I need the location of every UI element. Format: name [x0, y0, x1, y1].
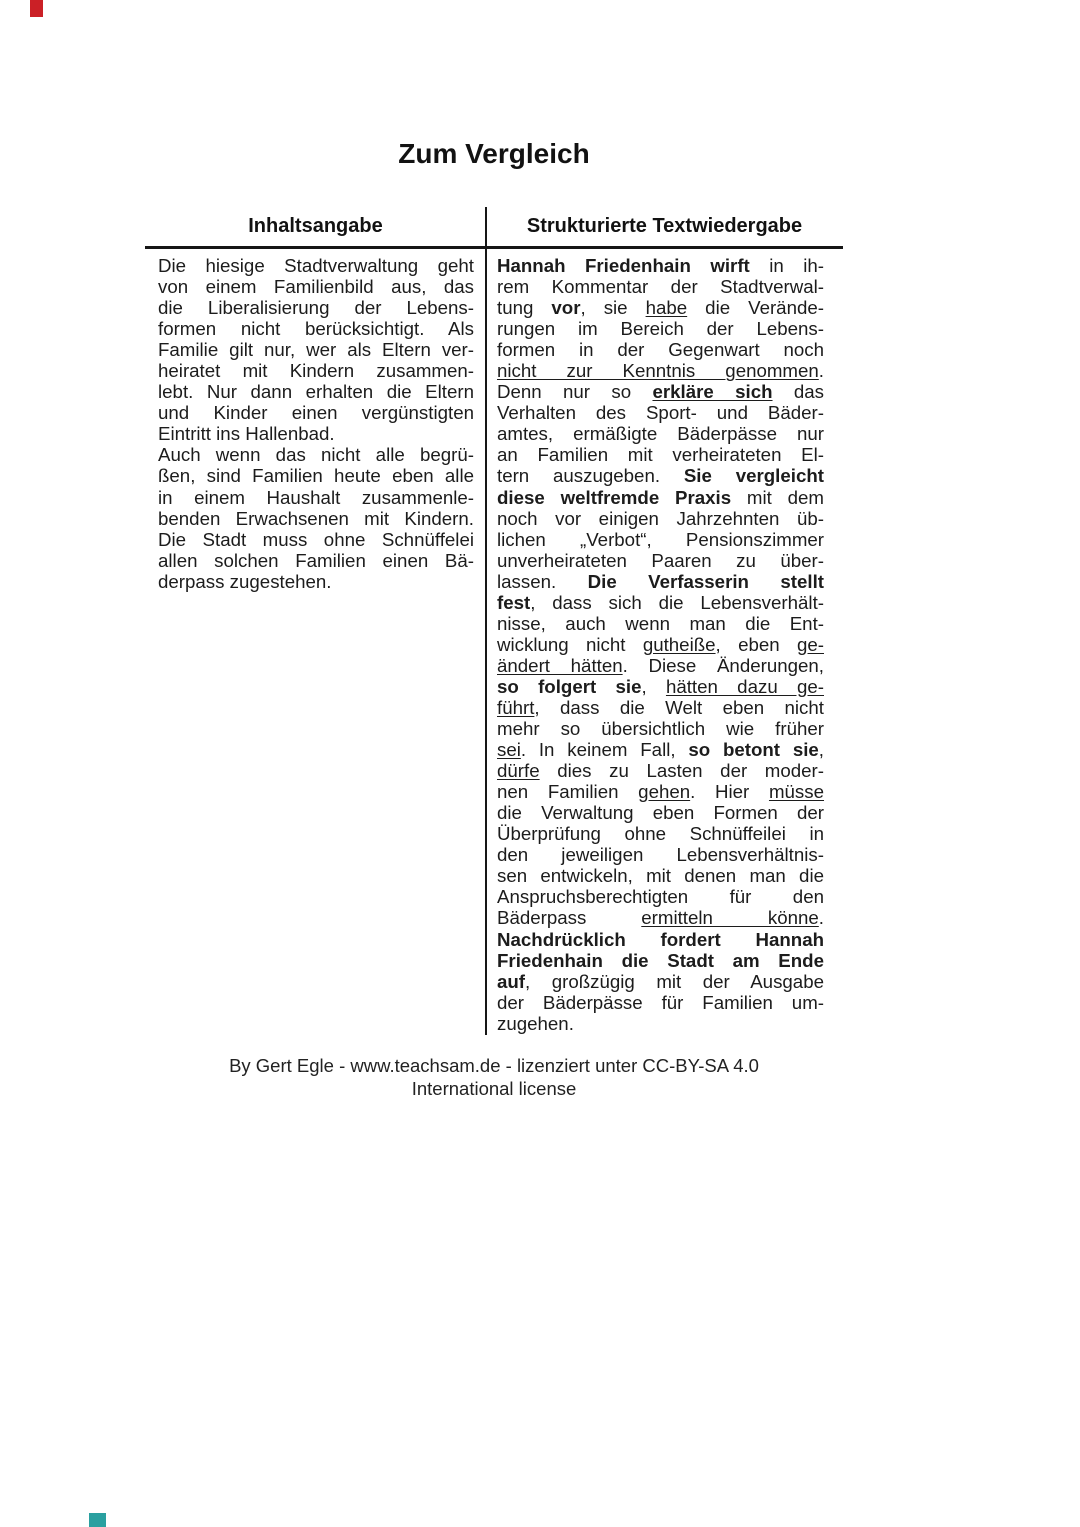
- text-segment: erkläre sich: [652, 381, 772, 402]
- text-line: in einem Haushalt zusammenle-: [158, 487, 474, 508]
- text-line: dürfe dies zu Lasten der moder-: [497, 760, 824, 781]
- text-segment: sei: [497, 739, 521, 760]
- text-segment: diese weltfremde Praxis: [497, 487, 731, 508]
- text-segment: benden Erwachsenen mit Kindern.: [158, 508, 474, 529]
- text-line: auf, großzügig mit der Ausgabe: [497, 971, 824, 992]
- text-segment: allen solchen Familien einen Bä-: [158, 550, 474, 571]
- text-segment: so folgert sie: [497, 676, 641, 697]
- text-segment: ge-: [797, 634, 824, 655]
- text-line: Friedenhain die Stadt am Ende: [497, 950, 824, 971]
- text-line: formen in der Gegenwart noch: [497, 339, 824, 360]
- text-line: diese weltfremde Praxis mit dem: [497, 487, 824, 508]
- text-segment: Familie gilt nur, wer als Eltern ver-: [158, 339, 474, 360]
- text-segment: nicht zur Kenntnis genommen: [497, 360, 819, 381]
- text-segment: sen entwickeln, mit denen man die: [497, 865, 824, 886]
- text-segment: die Liberalisierung der Lebens-: [158, 297, 474, 318]
- text-segment: formen in der Gegenwart noch: [497, 339, 824, 360]
- text-line: sei. In keinem Fall, so betont sie,: [497, 739, 824, 760]
- text-segment: heiratet mit Kindern zusammen-: [158, 360, 474, 381]
- text-segment: , großzügig mit der Ausgabe: [525, 971, 824, 992]
- text-line: der Bäderpässe für Familien um-: [497, 992, 824, 1013]
- text-line: an Familien mit verheirateten El-: [497, 444, 824, 465]
- text-line: die Verwaltung eben Formen der: [497, 802, 824, 823]
- text-segment: Friedenhain die Stadt am Ende: [497, 950, 824, 971]
- text-segment: den jeweiligen Lebensverhältnis-: [497, 844, 824, 865]
- license-line-2: International license: [145, 1077, 843, 1100]
- text-segment: dürfe: [497, 760, 540, 781]
- text-segment: Hannah Friedenhain wirft: [497, 255, 750, 276]
- text-line: Nachdrücklich fordert Hannah: [497, 929, 824, 950]
- text-line: noch vor einigen Jahrzehnten üb-: [497, 508, 824, 529]
- text-line: Bäderpass ermitteln könne.: [497, 907, 824, 928]
- text-segment: Anspruchsberechtigten für den: [497, 886, 824, 907]
- text-segment: an Familien mit verheirateten El-: [497, 444, 824, 465]
- comparison-table: Inhaltsangabe Strukturierte Textwiederga…: [145, 207, 843, 1034]
- text-segment: derpass zugestehen.: [158, 571, 332, 592]
- column-header-strukturierte-textwiedergabe: Strukturierte Textwiedergabe: [486, 215, 843, 237]
- text-line: den jeweiligen Lebensverhältnis-: [497, 844, 824, 865]
- text-segment: führt: [497, 697, 534, 718]
- text-segment: noch vor einigen Jahrzehnten üb-: [497, 508, 824, 529]
- text-segment: lebt. Nur dann erhalten die Eltern: [158, 381, 474, 402]
- text-line: Hannah Friedenhain wirft in ih-: [497, 255, 824, 276]
- text-segment: zugehen.: [497, 1013, 574, 1034]
- text-segment: , eben: [716, 634, 797, 655]
- text-line: und Kinder einen vergünstigten: [158, 402, 474, 423]
- text-segment: in einem Haushalt zusammenle-: [158, 487, 474, 508]
- text-segment: ,: [641, 676, 665, 697]
- text-line: lichen „Verbot“, Pensionszimmer: [497, 529, 824, 550]
- text-segment: gehen: [638, 781, 690, 802]
- text-segment: in ih-: [750, 255, 824, 276]
- text-line: nisse, auch wenn man die Ent-: [497, 613, 824, 634]
- text-line: Überprüfung ohne Schnüffeilei in: [497, 823, 824, 844]
- column-divider: [485, 207, 487, 1035]
- text-segment: amtes, ermäßigte Bäderpässe nur: [497, 423, 824, 444]
- text-segment: das: [773, 381, 824, 402]
- text-line: nicht zur Kenntnis genommen.: [497, 360, 824, 381]
- text-segment: hätten dazu ge-: [666, 676, 824, 697]
- text-line: tung vor, sie habe die Verände-: [497, 297, 824, 318]
- text-line: mehr so übersichtlich wie früher: [497, 718, 824, 739]
- text-segment: Die Stadt muss ohne Schnüffelei: [158, 529, 474, 550]
- text-segment: . Hier: [690, 781, 769, 802]
- text-segment: nisse, auch wenn man die Ent-: [497, 613, 824, 634]
- text-segment: Denn nur so: [497, 381, 652, 402]
- text-line: Verhalten des Sport- und Bäder-: [497, 402, 824, 423]
- text-segment: gutheiße: [643, 634, 716, 655]
- text-line: die Liberalisierung der Lebens-: [158, 297, 474, 318]
- license-line-1: By Gert Egle - www.teachsam.de - lizenzi…: [145, 1054, 843, 1077]
- text-line: sen entwickeln, mit denen man die: [497, 865, 824, 886]
- text-segment: ,: [819, 739, 824, 760]
- text-line: Anspruchsberechtigten für den: [497, 886, 824, 907]
- text-line: zugehen.: [497, 1013, 824, 1034]
- text-segment: tung: [497, 297, 551, 318]
- text-line: fest, dass sich die Lebensverhält-: [497, 592, 824, 613]
- text-line: rem Kommentar der Stadtverwal-: [497, 276, 824, 297]
- text-segment: Verhalten des Sport- und Bäder-: [497, 402, 824, 423]
- text-segment: mehr so übersichtlich wie früher: [497, 718, 824, 739]
- page-title: Zum Vergleich: [145, 138, 843, 170]
- text-segment: . In keinem Fall,: [521, 739, 688, 760]
- text-segment: ändert hätten: [497, 655, 623, 676]
- scan-artifact-teal: [89, 1513, 106, 1527]
- document-page: Zum Vergleich Inhaltsangabe Strukturiert…: [0, 0, 1080, 1527]
- license-footer: By Gert Egle - www.teachsam.de - lizenzi…: [145, 1054, 843, 1100]
- table-body: Die hiesige Stadtverwaltung gehtvon eine…: [145, 249, 843, 1034]
- text-segment: lassen.: [497, 571, 588, 592]
- text-segment: von einem Familienbild aus, das: [158, 276, 474, 297]
- text-segment: .: [819, 360, 824, 381]
- text-segment: die Verwaltung eben Formen der: [497, 802, 824, 823]
- text-line: heiratet mit Kindern zusammen-: [158, 360, 474, 381]
- text-line: führt, dass die Welt eben nicht: [497, 697, 824, 718]
- inhaltsangabe-column: Die hiesige Stadtverwaltung gehtvon eine…: [158, 255, 474, 1034]
- text-line: rungen im Bereich der Lebens-: [497, 318, 824, 339]
- text-segment: die Verände-: [687, 297, 824, 318]
- text-segment: rungen im Bereich der Lebens-: [497, 318, 824, 339]
- text-line: Familie gilt nur, wer als Eltern ver-: [158, 339, 474, 360]
- text-segment: Bäderpass: [497, 907, 641, 928]
- text-segment: fest: [497, 592, 530, 613]
- text-segment: Eintritt ins Hallenbad.: [158, 423, 335, 444]
- column-header-inhaltsangabe: Inhaltsangabe: [145, 215, 486, 237]
- text-segment: Die hiesige Stadtverwaltung geht: [158, 255, 474, 276]
- scan-artifact-red: [30, 0, 43, 17]
- text-segment: ermitteln könne: [641, 907, 819, 928]
- text-segment: lichen „Verbot“, Pensionszimmer: [497, 529, 824, 550]
- text-segment: auf: [497, 971, 525, 992]
- text-segment: habe: [646, 297, 688, 318]
- text-segment: der Bäderpässe für Familien um-: [497, 992, 824, 1013]
- text-line: Eintritt ins Hallenbad.: [158, 423, 474, 444]
- text-segment: , sie: [580, 297, 645, 318]
- text-segment: Überprüfung ohne Schnüffeilei in: [497, 823, 824, 844]
- text-segment: so betont sie: [688, 739, 818, 760]
- text-segment: .: [819, 907, 824, 928]
- text-line: Die Stadt muss ohne Schnüffelei: [158, 529, 474, 550]
- text-line: nen Familien gehen. Hier müsse: [497, 781, 824, 802]
- text-segment: formen nicht berücksichtigt. Als: [158, 318, 474, 339]
- text-segment: nen Familien: [497, 781, 638, 802]
- text-segment: , dass die Welt eben nicht: [534, 697, 824, 718]
- text-segment: unverheirateten Paaren zu über-: [497, 550, 824, 571]
- text-line: ßen, sind Familien heute eben alle: [158, 465, 474, 486]
- text-segment: vor: [551, 297, 580, 318]
- text-segment: müsse: [769, 781, 824, 802]
- text-segment: ßen, sind Familien heute eben alle: [158, 465, 474, 486]
- text-line: so folgert sie, hätten dazu ge-: [497, 676, 824, 697]
- text-line: ändert hätten. Diese Änderungen,: [497, 655, 824, 676]
- text-line: Denn nur so erkläre sich das: [497, 381, 824, 402]
- text-line: Auch wenn das nicht alle begrü-: [158, 444, 474, 465]
- text-line: Die hiesige Stadtverwaltung geht: [158, 255, 474, 276]
- text-segment: rem Kommentar der Stadtverwal-: [497, 276, 824, 297]
- text-line: lassen. Die Verfasserin stellt: [497, 571, 824, 592]
- text-segment: wicklung nicht: [497, 634, 643, 655]
- text-segment: mit dem: [731, 487, 824, 508]
- text-segment: , dass sich die Lebensverhält-: [530, 592, 824, 613]
- textwiedergabe-column: Hannah Friedenhain wirft in ih-rem Komme…: [497, 255, 824, 1034]
- text-segment: Sie vergleicht: [684, 465, 824, 486]
- text-segment: dies zu Lasten der moder-: [540, 760, 824, 781]
- text-line: unverheirateten Paaren zu über-: [497, 550, 824, 571]
- text-segment: und Kinder einen vergünstigten: [158, 402, 474, 423]
- text-segment: tern auszugeben.: [497, 465, 684, 486]
- text-line: tern auszugeben. Sie vergleicht: [497, 465, 824, 486]
- text-line: lebt. Nur dann erhalten die Eltern: [158, 381, 474, 402]
- text-segment: Auch wenn das nicht alle begrü-: [158, 444, 474, 465]
- text-line: formen nicht berücksichtigt. Als: [158, 318, 474, 339]
- table-header-row: Inhaltsangabe Strukturierte Textwiederga…: [145, 207, 843, 249]
- text-line: von einem Familienbild aus, das: [158, 276, 474, 297]
- text-line: allen solchen Familien einen Bä-: [158, 550, 474, 571]
- text-line: amtes, ermäßigte Bäderpässe nur: [497, 423, 824, 444]
- text-line: wicklung nicht gutheiße, eben ge-: [497, 634, 824, 655]
- text-segment: Nachdrücklich fordert Hannah: [497, 929, 824, 950]
- text-segment: . Diese Änderungen,: [623, 655, 824, 676]
- text-segment: Die Verfasserin stellt: [588, 571, 824, 592]
- text-line: benden Erwachsenen mit Kindern.: [158, 508, 474, 529]
- text-line: derpass zugestehen.: [158, 571, 474, 592]
